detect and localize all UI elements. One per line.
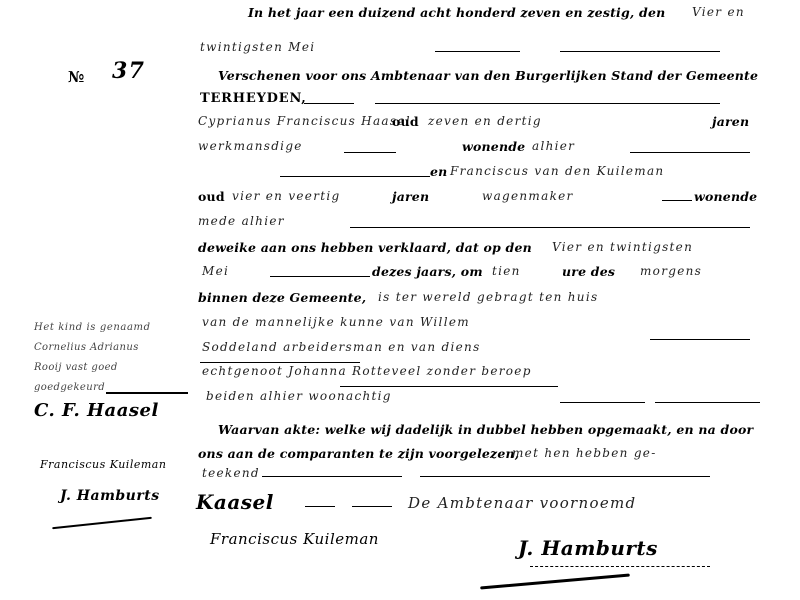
underline bbox=[200, 362, 360, 363]
margin-note-line3: Rooij vast goed bbox=[34, 362, 118, 373]
handwritten-date-day: Vier en bbox=[692, 5, 745, 19]
printed-en: en bbox=[430, 164, 447, 179]
printed-binnen: binnen deze Gemeente, bbox=[198, 290, 366, 305]
signature-witness: Franciscus Kuileman bbox=[210, 530, 379, 548]
signature-official-left: J. Hamburts bbox=[60, 488, 160, 504]
fill-line bbox=[655, 402, 760, 403]
printed-oud: oud bbox=[198, 189, 225, 204]
fill-line bbox=[304, 103, 354, 104]
fill-line bbox=[560, 51, 720, 52]
fill-line bbox=[420, 476, 710, 477]
handwritten-witness-name: Franciscus van den Kuileman bbox=[450, 164, 664, 178]
fill-line bbox=[270, 276, 370, 277]
handwritten-birth-daypart: morgens bbox=[640, 264, 702, 278]
underline bbox=[340, 386, 558, 387]
scanned-document-page: In het jaar een duizend acht honderd zev… bbox=[0, 0, 800, 600]
handwritten-father-occupation: werkmansdige bbox=[198, 139, 303, 153]
handwritten-body-line3: Soddeland arbeidersman en van diens bbox=[202, 340, 481, 354]
record-number-value: 37 bbox=[112, 58, 145, 84]
signature-margin: C. F. Haasel bbox=[34, 400, 159, 421]
handwritten-body-line1: is ter wereld gebragt ten huis bbox=[378, 290, 598, 304]
fill-line bbox=[350, 227, 750, 228]
margin-note-line2: Cornelius Adrianus bbox=[34, 342, 139, 353]
printed-ure-des: ure des bbox=[562, 264, 615, 279]
margin-note-line1: Het kind is genaamd bbox=[34, 322, 151, 333]
handwritten-witness-age: vier en veertig bbox=[232, 189, 340, 203]
printed-dezes-jaars: dezes jaars, om bbox=[372, 264, 483, 279]
record-number-label: № bbox=[68, 68, 85, 86]
signature-witness-left: Franciscus Kuileman bbox=[40, 458, 166, 471]
fill-line bbox=[560, 402, 645, 403]
handwritten-witness-occupation: wagenmaker bbox=[482, 189, 574, 203]
fill-line bbox=[662, 200, 692, 201]
underline bbox=[650, 339, 750, 340]
handwritten-date-rest: twintigsten Mei bbox=[200, 40, 315, 54]
fill-line bbox=[305, 506, 335, 507]
printed-jaren: jaren bbox=[712, 114, 749, 129]
fill-line bbox=[352, 506, 392, 507]
printed-line-year: In het jaar een duizend acht honderd zev… bbox=[248, 5, 665, 20]
handwritten-body-line4: echtgenoot Johanna Rotteveel zonder bero… bbox=[202, 364, 532, 378]
handwritten-birth-month: Mei bbox=[202, 264, 229, 278]
signature-flourish bbox=[52, 517, 152, 529]
fill-line bbox=[106, 392, 188, 394]
handwritten-father-residence: alhier bbox=[532, 139, 575, 153]
signature-father: Kaasel bbox=[196, 490, 274, 514]
printed-waarvan-akte: Waarvan akte: welke wij dadelijk in dubb… bbox=[218, 422, 753, 437]
printed-line-verschenen: Verschenen voor ons Ambtenaar van den Bu… bbox=[218, 68, 758, 83]
handwritten-birth-day: Vier en twintigsten bbox=[552, 240, 693, 254]
handwritten-witness-residence: mede alhier bbox=[198, 214, 285, 228]
margin-note-line4: goedgekeurd bbox=[34, 382, 105, 393]
municipality-name: TERHEYDEN, bbox=[200, 91, 307, 106]
fill-line bbox=[262, 476, 402, 477]
handwritten-body-line2: van de mannelijke kunne van Willem bbox=[202, 315, 470, 329]
printed-oud: oud bbox=[392, 114, 419, 129]
fill-line bbox=[375, 103, 720, 104]
printed-verklaard: deweike aan ons hebben verklaard, dat op… bbox=[198, 240, 532, 255]
signature-flourish bbox=[480, 573, 630, 589]
signature-official: J. Hamburts bbox=[518, 536, 658, 560]
handwritten-closing: met hen hebben ge- bbox=[512, 446, 657, 460]
fill-line bbox=[435, 51, 520, 52]
fill-line bbox=[280, 176, 430, 177]
handwritten-father-name: Cyprianus Franciscus Haasel bbox=[198, 114, 411, 128]
handwritten-birth-hour: tien bbox=[492, 264, 521, 278]
printed-jaren: jaren bbox=[392, 189, 429, 204]
printed-ons-aan: ons aan de comparanten te zijn voorgelez… bbox=[198, 446, 519, 461]
signature-underline bbox=[530, 566, 710, 567]
printed-wonende: wonende bbox=[694, 189, 757, 204]
handwritten-body-line5: beiden alhier woonachtig bbox=[206, 389, 392, 403]
handwritten-official-title: De Ambtenaar voornoemd bbox=[408, 494, 636, 512]
fill-line bbox=[344, 152, 396, 153]
printed-wonende: wonende bbox=[462, 139, 525, 154]
fill-line bbox=[630, 152, 750, 153]
handwritten-closing2: teekend bbox=[202, 466, 260, 480]
handwritten-father-age: zeven en dertig bbox=[428, 114, 542, 128]
